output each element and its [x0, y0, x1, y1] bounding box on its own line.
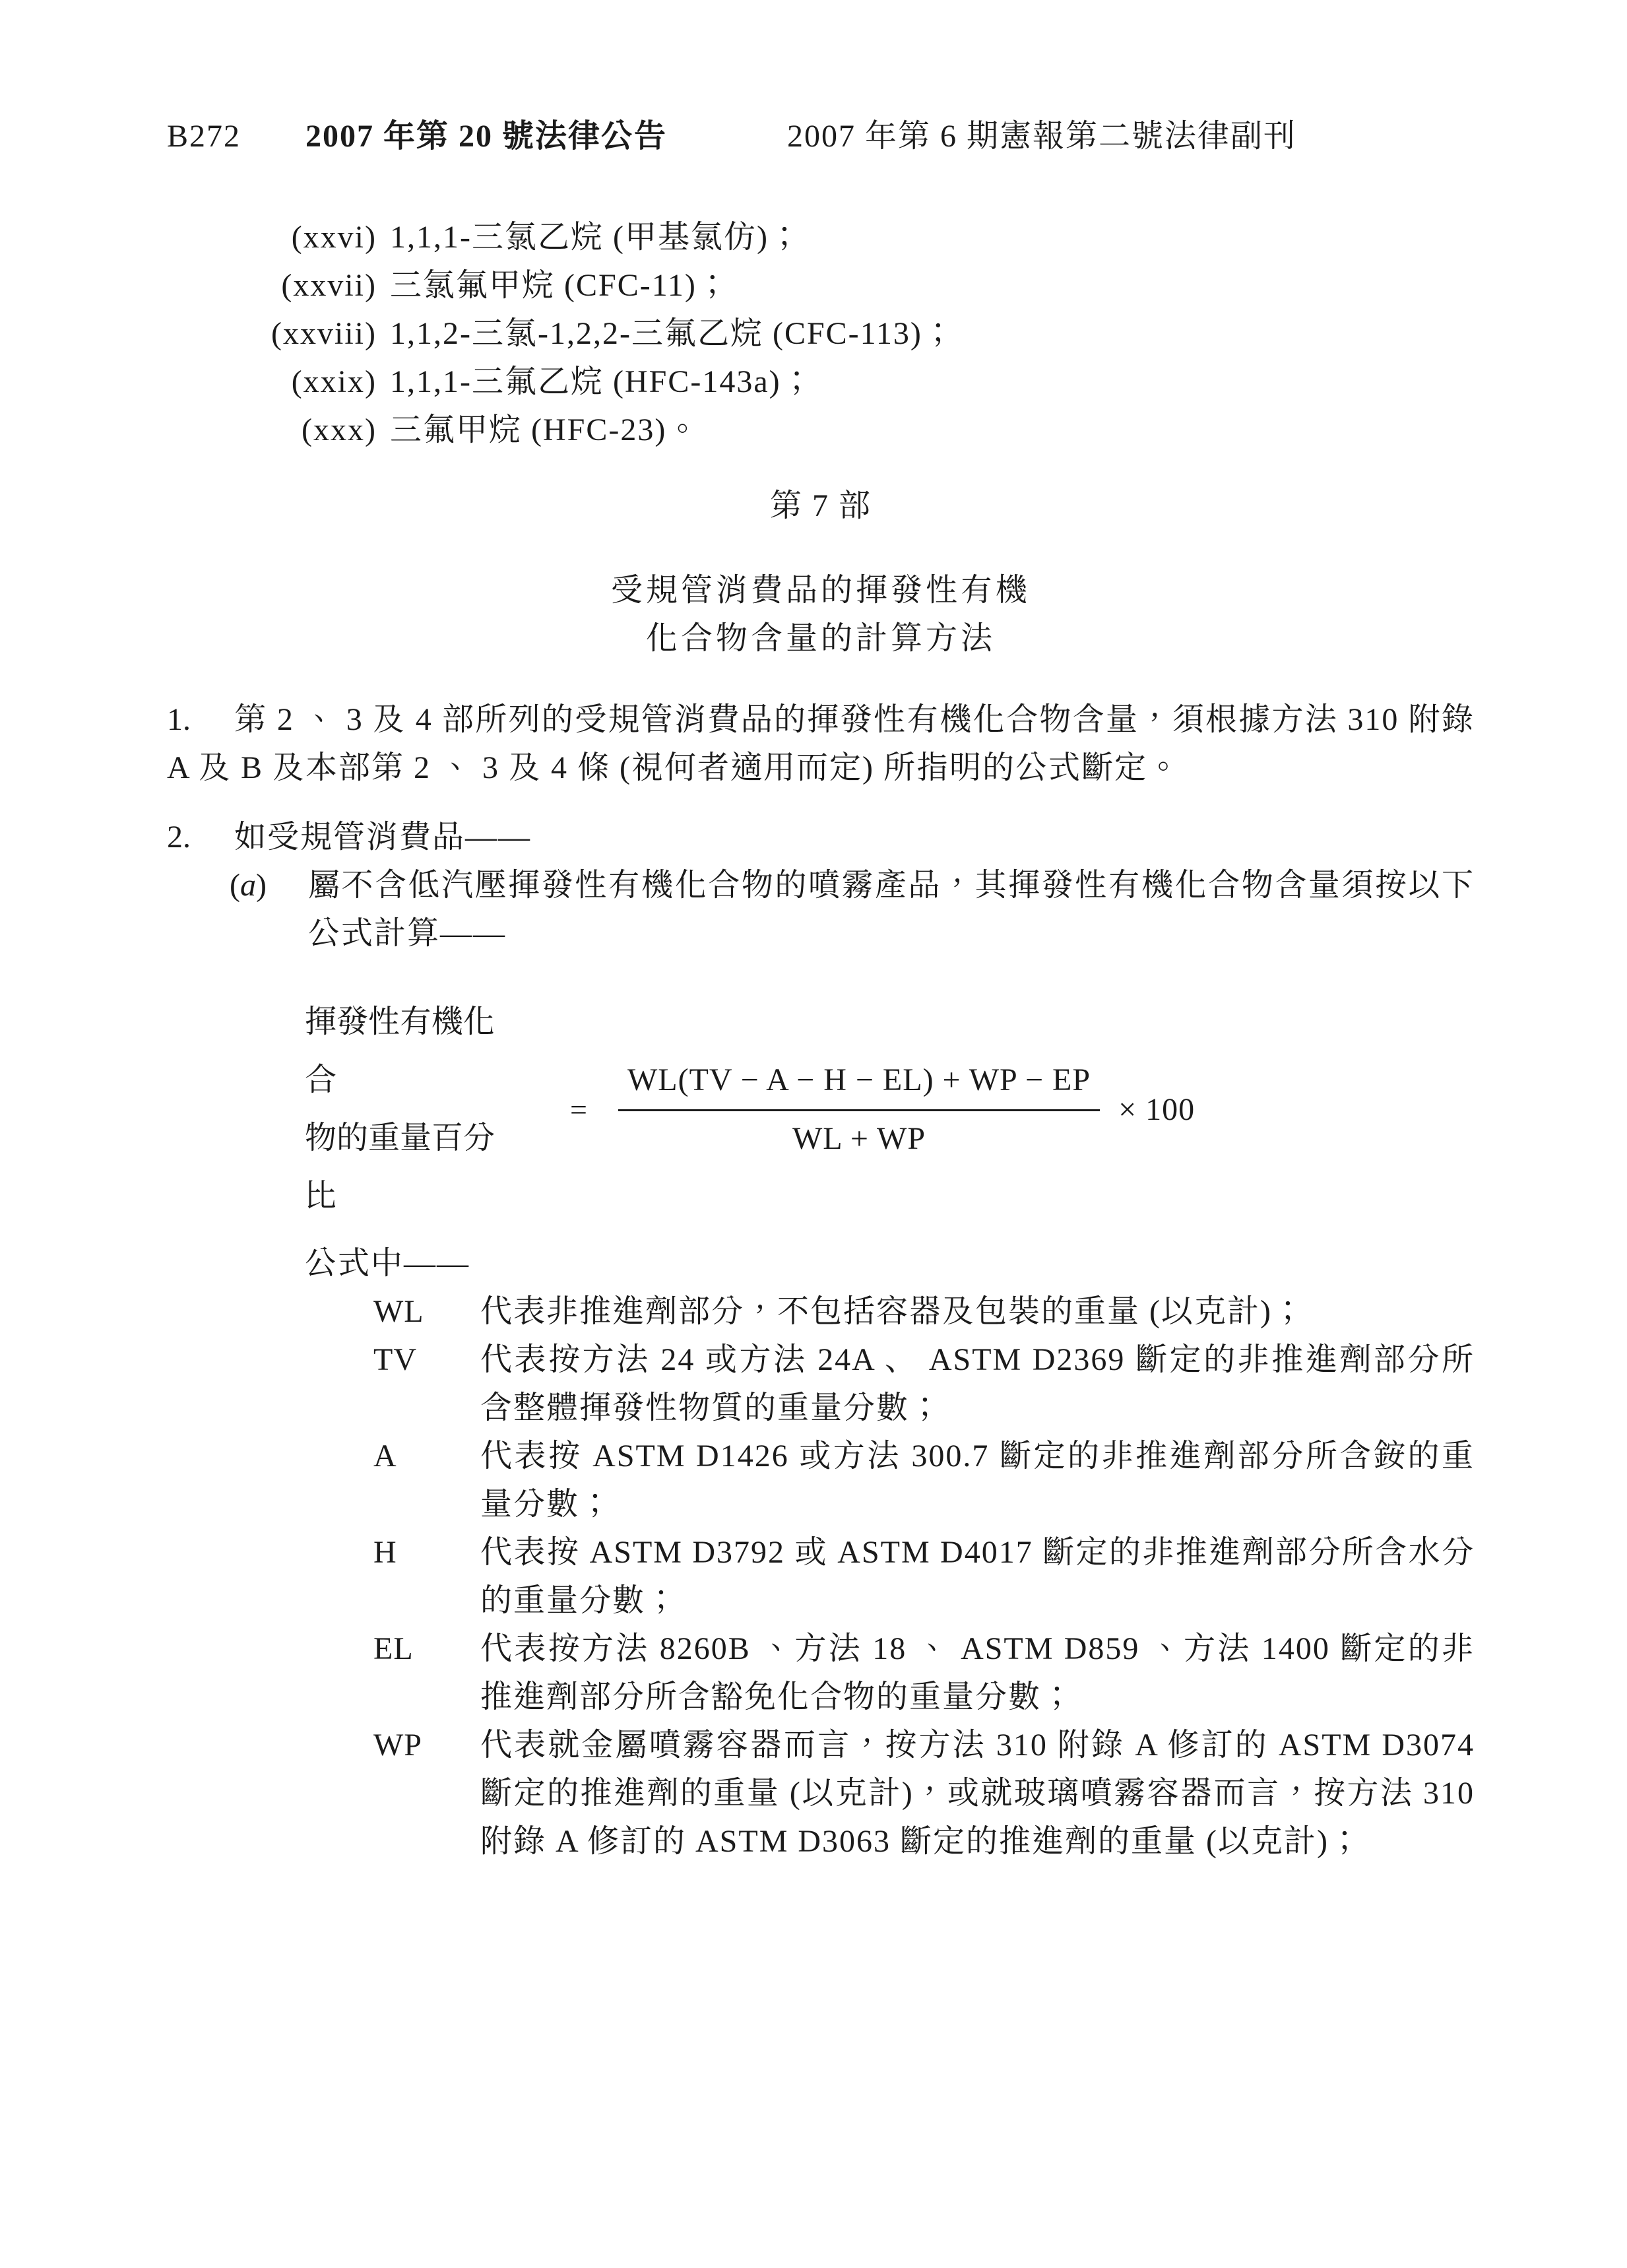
part-title-line2: 化合物含量的計算方法 [167, 614, 1475, 663]
paragraph-text: 第 2 、 3 及 4 部所列的受規管消費品的揮發性有機化合物含量，須根據方法 … [167, 702, 1475, 785]
gazette-issue-title: 2007 年第 6 期憲報第二號法律副刊 [787, 112, 1296, 160]
sub-paragraph-letter: a [240, 868, 256, 903]
paragraph-1: 1.第 2 、 3 及 4 部所列的受規管消費品的揮發性有機化合物含量，須根據方… [167, 696, 1475, 792]
list-item: (xxviii) 1,1,2-三氯-1,2,2-三氟乙烷 (CFC-113)； [167, 309, 1475, 358]
paragraph-number: 2. [167, 813, 234, 861]
list-item: (xxvii) 三氯氟甲烷 (CFC-11)； [167, 261, 1475, 309]
paragraph-text: 如受規管消費品—— [234, 820, 531, 855]
list-item-text: 1,1,1-三氯乙烷 (甲基氯仿)； [390, 213, 802, 261]
list-item-label: (xxx) [167, 406, 377, 454]
formula-fraction: WL(TV − A − H − EL) + WP − EP WL + WP [618, 1062, 1100, 1157]
paragraph-number: 1. [167, 696, 234, 744]
list-item-text: 1,1,2-三氯-1,2,2-三氟乙烷 (CFC-113)； [390, 309, 955, 358]
paren-close: ) [256, 868, 267, 903]
part-heading: 第 7 部 [167, 482, 1475, 530]
voc-formula: 揮發性有機化合 物的重量百分比 = WL(TV − A − H − EL) + … [305, 993, 1475, 1225]
formula-lhs-line1: 揮發性有機化合 [305, 993, 524, 1109]
paren-open: ( [230, 868, 240, 903]
definition-row: EL 代表按方法 8260B 、方法 18 、 ASTM D859 、方法 14… [373, 1625, 1475, 1721]
definition-row: WP 代表就金屬噴霧容器而言，按方法 310 附錄 A 修訂的 ASTM D30… [373, 1721, 1475, 1865]
definition-term: EL [373, 1625, 480, 1721]
list-item: (xxvi) 1,1,1-三氯乙烷 (甲基氯仿)； [167, 213, 1475, 261]
definition-row: A 代表按 ASTM D1426 或方法 300.7 斷定的非推進劑部分所含銨的… [373, 1432, 1475, 1528]
definition-row: TV 代表按方法 24 或方法 24A 、 ASTM D2369 斷定的非推進劑… [373, 1336, 1475, 1432]
list-item-label: (xxix) [167, 358, 377, 406]
paragraph-2: 2.如受規管消費品—— [167, 813, 1475, 861]
definition-row: WL 代表非推進劑部分，不包括容器及包裝的重量 (以克計)； [373, 1287, 1475, 1336]
equals-sign: = [570, 1085, 589, 1134]
definition-term: TV [373, 1336, 480, 1432]
formula-intro: 公式中—— [305, 1239, 1475, 1287]
formula-lhs-line2: 物的重量百分比 [305, 1109, 524, 1225]
definition-text: 代表按方法 8260B 、方法 18 、 ASTM D859 、方法 1400 … [480, 1625, 1475, 1721]
formula-multiplier: × 100 [1118, 1085, 1195, 1134]
list-item: (xxix) 1,1,1-三氟乙烷 (HFC-143a)； [167, 358, 1475, 406]
chemical-list: (xxvi) 1,1,1-三氯乙烷 (甲基氯仿)； (xxvii) 三氯氟甲烷 … [167, 213, 1475, 454]
list-item-label: (xxviii) [167, 309, 377, 358]
formula-numerator: WL(TV − A − H − EL) + WP − EP [618, 1062, 1100, 1111]
sub-paragraph-label: (a) [230, 861, 308, 957]
formula-lhs-label: 揮發性有機化合 物的重量百分比 [305, 993, 524, 1225]
sub-paragraph-text: 屬不含低汽壓揮發性有機化合物的噴霧產品，其揮發性有機化合物含量須按以下公式計算—… [308, 861, 1475, 957]
definition-text: 代表就金屬噴霧容器而言，按方法 310 附錄 A 修訂的 ASTM D3074 … [480, 1721, 1475, 1865]
definition-text: 代表非推進劑部分，不包括容器及包裝的重量 (以克計)； [480, 1287, 1475, 1336]
part-title: 受規管消費品的揮發性有機 化合物含量的計算方法 [167, 566, 1475, 663]
gazette-page: B272 2007 年第 20 號法律公告 2007 年第 6 期憲報第二號法律… [0, 0, 1627, 2268]
sub-paragraph-a: (a) 屬不含低汽壓揮發性有機化合物的噴霧產品，其揮發性有機化合物含量須按以下公… [230, 861, 1475, 957]
formula-denominator: WL + WP [618, 1111, 1100, 1157]
definition-term: A [373, 1432, 480, 1528]
legal-notice-title: 2007 年第 20 號法律公告 [305, 112, 667, 160]
definition-term: WP [373, 1721, 480, 1865]
definition-text: 代表按 ASTM D1426 或方法 300.7 斷定的非推進劑部分所含銨的重量… [480, 1432, 1475, 1528]
part-title-line1: 受規管消費品的揮發性有機 [167, 566, 1475, 614]
definition-term: H [373, 1528, 480, 1625]
list-item-text: 三氟甲烷 (HFC-23)。 [390, 406, 699, 454]
page-number: B272 [167, 112, 241, 160]
page-header: B272 2007 年第 20 號法律公告 2007 年第 6 期憲報第二號法律… [167, 112, 1475, 160]
list-item-label: (xxvi) [167, 213, 377, 261]
list-item-text: 三氯氟甲烷 (CFC-11)； [390, 261, 730, 309]
list-item: (xxx) 三氟甲烷 (HFC-23)。 [167, 406, 1475, 454]
definition-text: 代表按方法 24 或方法 24A 、 ASTM D2369 斷定的非推進劑部分所… [480, 1336, 1475, 1432]
definition-term: WL [373, 1287, 480, 1336]
definition-list: WL 代表非推進劑部分，不包括容器及包裝的重量 (以克計)； TV 代表按方法 … [167, 1287, 1475, 1865]
list-item-label: (xxvii) [167, 261, 377, 309]
definition-text: 代表按 ASTM D3792 或 ASTM D4017 斷定的非推進劑部分所含水… [480, 1528, 1475, 1625]
definition-row: H 代表按 ASTM D3792 或 ASTM D4017 斷定的非推進劑部分所… [373, 1528, 1475, 1625]
list-item-text: 1,1,1-三氟乙烷 (HFC-143a)； [390, 358, 814, 406]
